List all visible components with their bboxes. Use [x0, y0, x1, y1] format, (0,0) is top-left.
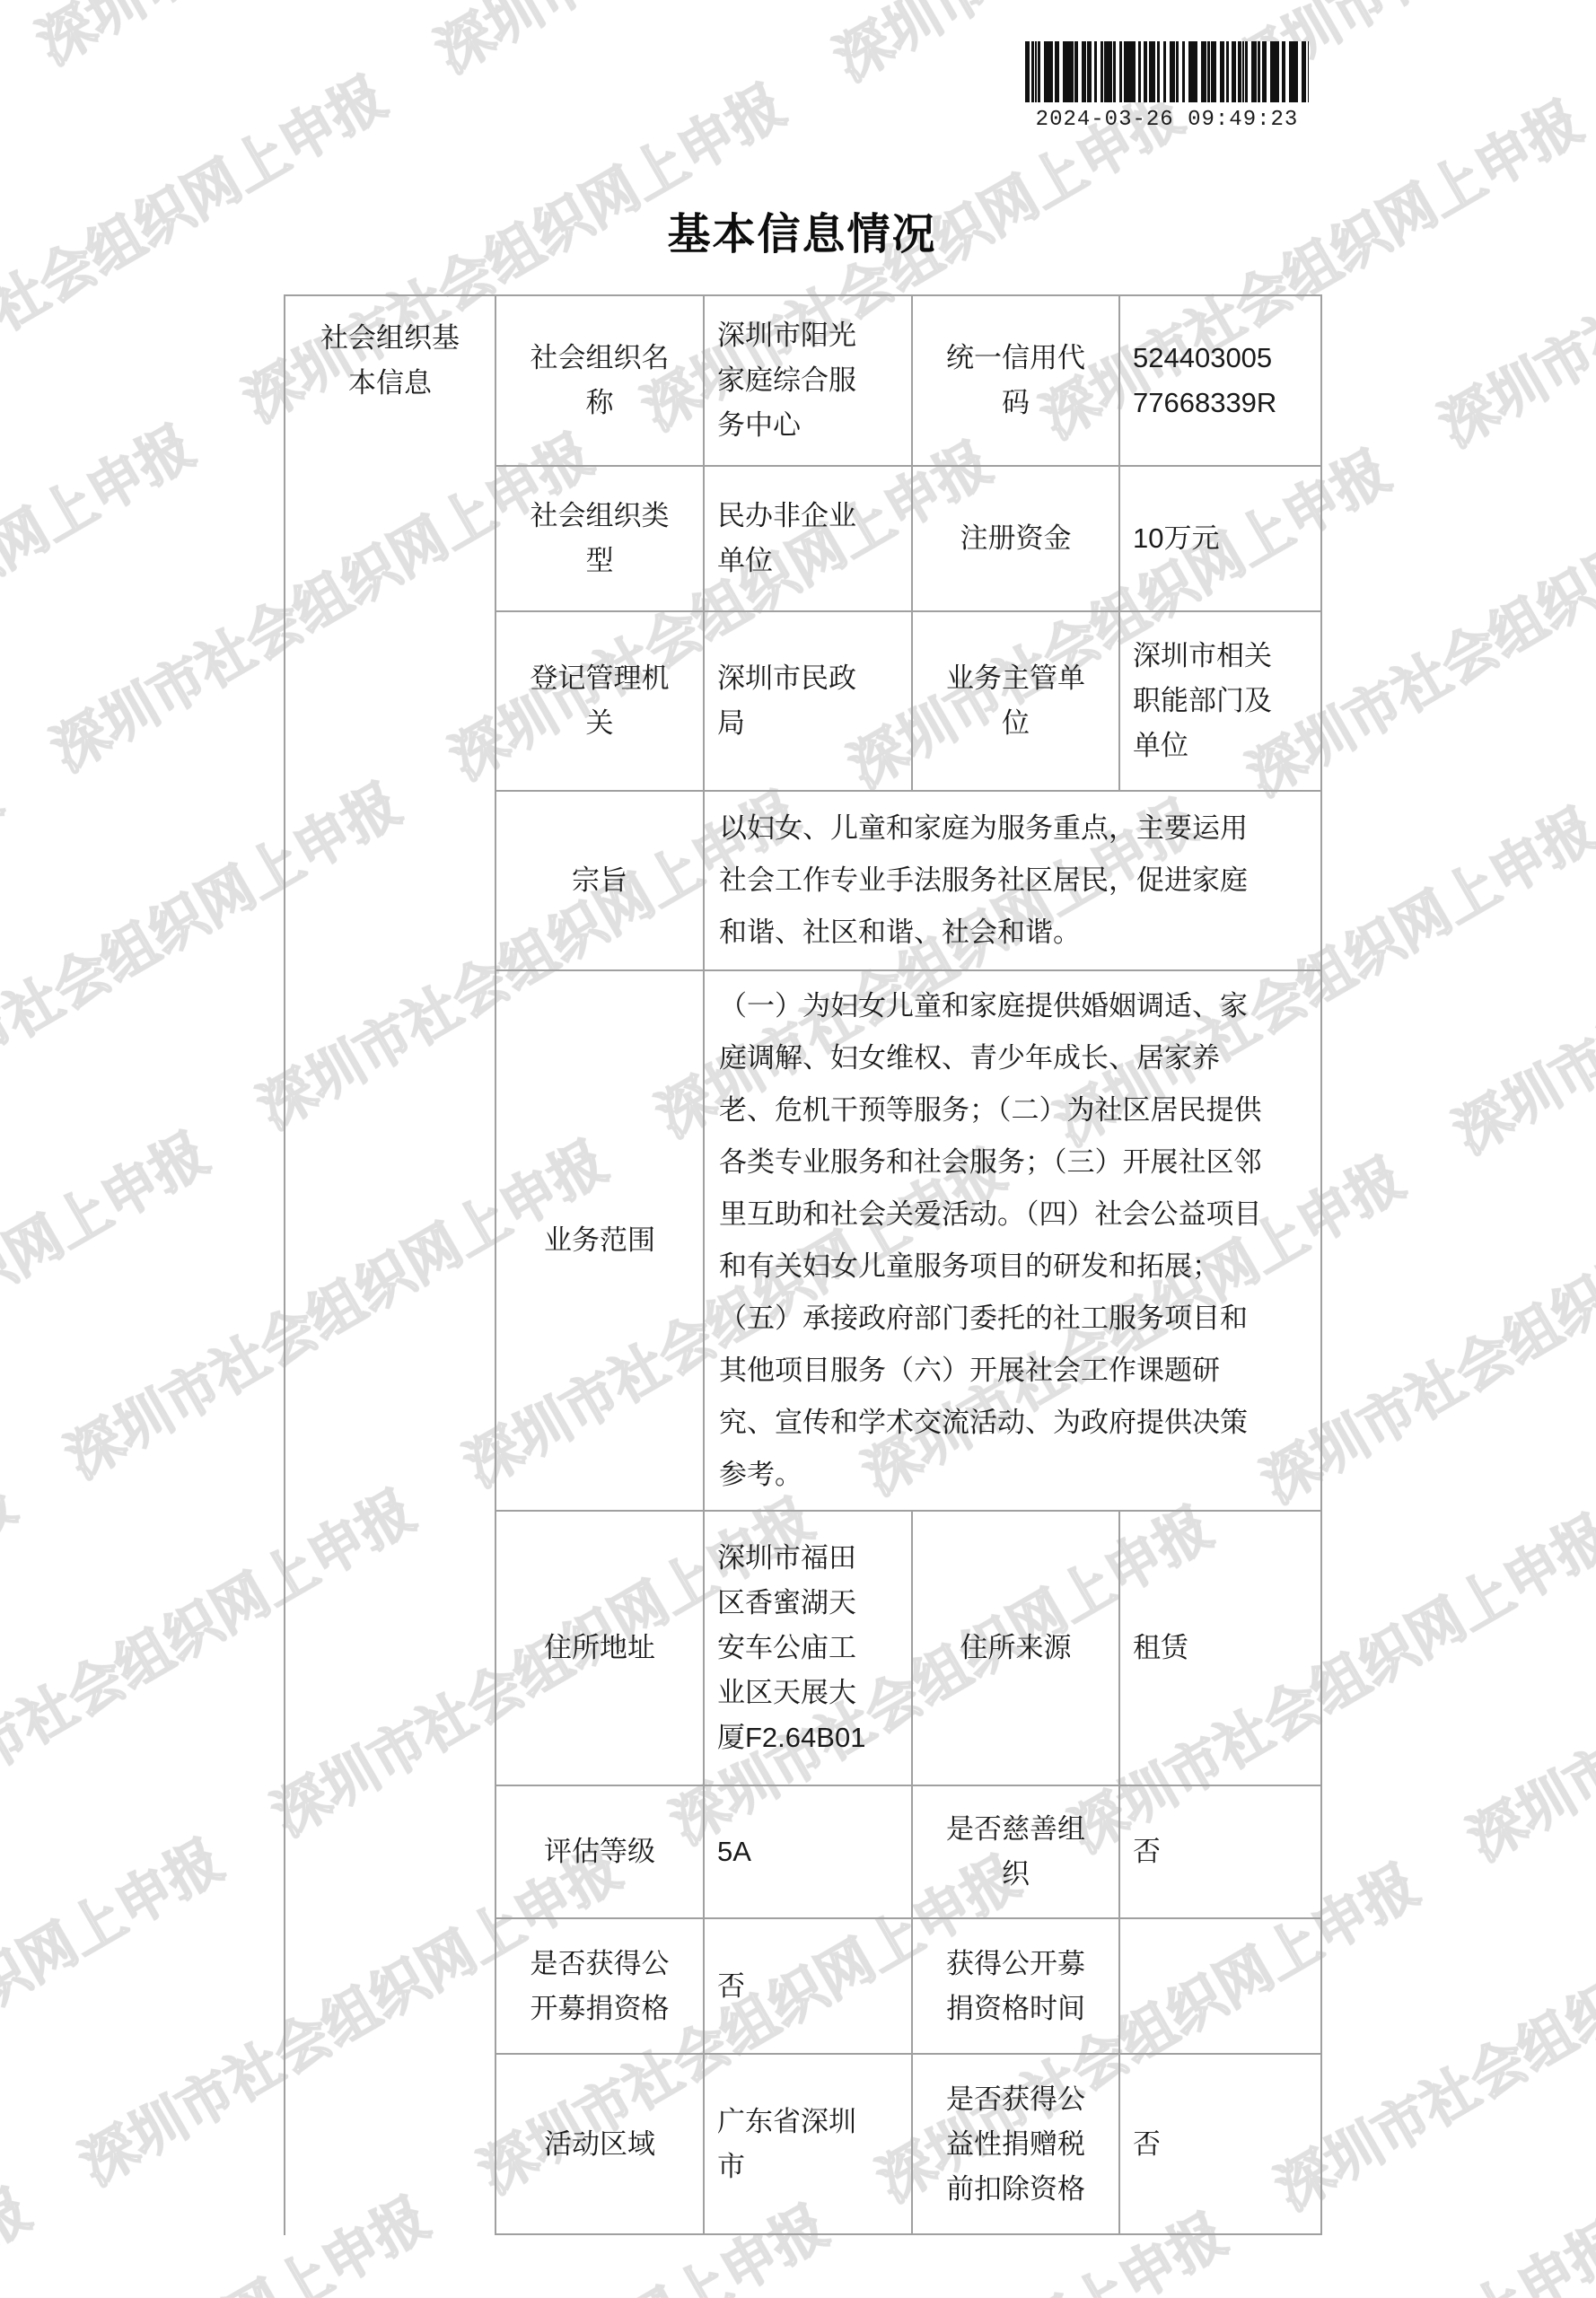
field-label: 业务范围 [495, 970, 704, 1511]
field-value: 52440300577668339R [1119, 295, 1321, 466]
field-value: 以妇女、儿童和家庭为服务重点，主要运用社会工作专业手法服务社区居民，促进家庭和谐… [704, 791, 1321, 970]
field-value: 否 [1119, 2054, 1321, 2234]
page-title: 基本信息情况 [284, 199, 1320, 261]
field-label: 社会组织名称 [495, 295, 704, 466]
table-row: 社会组织基本信息 社会组织名称 深圳市阳光家庭综合服务中心 统一信用代码 524… [285, 295, 1321, 466]
field-label: 是否慈善组织 [912, 1785, 1119, 1918]
section-label: 社会组织基本信息 [285, 295, 495, 2235]
field-label: 评估等级 [495, 1785, 704, 1918]
field-value: 否 [1119, 1785, 1321, 1918]
field-value: 广东省深圳市 [704, 2054, 912, 2234]
field-value: 租赁 [1119, 1511, 1321, 1785]
field-label: 活动区域 [495, 2054, 704, 2234]
field-value: 深圳市福田区香蜜湖天安车公庙工业区天展大厦F2.64B01 [704, 1511, 912, 1785]
field-label: 是否获得公益性捐赠税前扣除资格 [912, 2054, 1119, 2234]
field-value: 否 [704, 1918, 912, 2054]
field-value: 民办非企业单位 [704, 466, 912, 611]
info-table: 社会组织基本信息 社会组织名称 深圳市阳光家庭综合服务中心 统一信用代码 524… [284, 294, 1322, 2235]
field-label: 业务主管单位 [912, 611, 1119, 791]
field-label: 登记管理机关 [495, 611, 704, 791]
table-container: 社会组织基本信息 社会组织名称 深圳市阳光家庭综合服务中心 统一信用代码 524… [284, 294, 1322, 2235]
field-value: 深圳市相关职能部门及单位 [1119, 611, 1321, 791]
field-value: 5A [704, 1785, 912, 1918]
cutoff-row [495, 2234, 1321, 2235]
field-value [1119, 1918, 1321, 2054]
field-value: 10万元 [1119, 466, 1321, 611]
scan-header: 2024-03-26 09:49:23 [1025, 41, 1309, 132]
field-label: 住所地址 [495, 1511, 704, 1785]
field-value: 深圳市阳光家庭综合服务中心 [704, 295, 912, 466]
field-label: 社会组织类型 [495, 466, 704, 611]
field-label: 是否获得公开募捐资格 [495, 1918, 704, 2054]
field-label: 注册资金 [912, 466, 1119, 611]
field-label: 统一信用代码 [912, 295, 1119, 466]
field-value: 深圳市民政局 [704, 611, 912, 791]
field-label: 住所来源 [912, 1511, 1119, 1785]
field-label: 获得公开募捐资格时间 [912, 1918, 1119, 2054]
barcode [1025, 41, 1309, 102]
scan-timestamp: 2024-03-26 09:49:23 [1025, 108, 1309, 132]
field-label: 宗旨 [495, 791, 704, 970]
field-value: （一）为妇女儿童和家庭提供婚姻调适、家庭调解、妇女维权、青少年成长、居家养老、危… [704, 970, 1321, 1511]
